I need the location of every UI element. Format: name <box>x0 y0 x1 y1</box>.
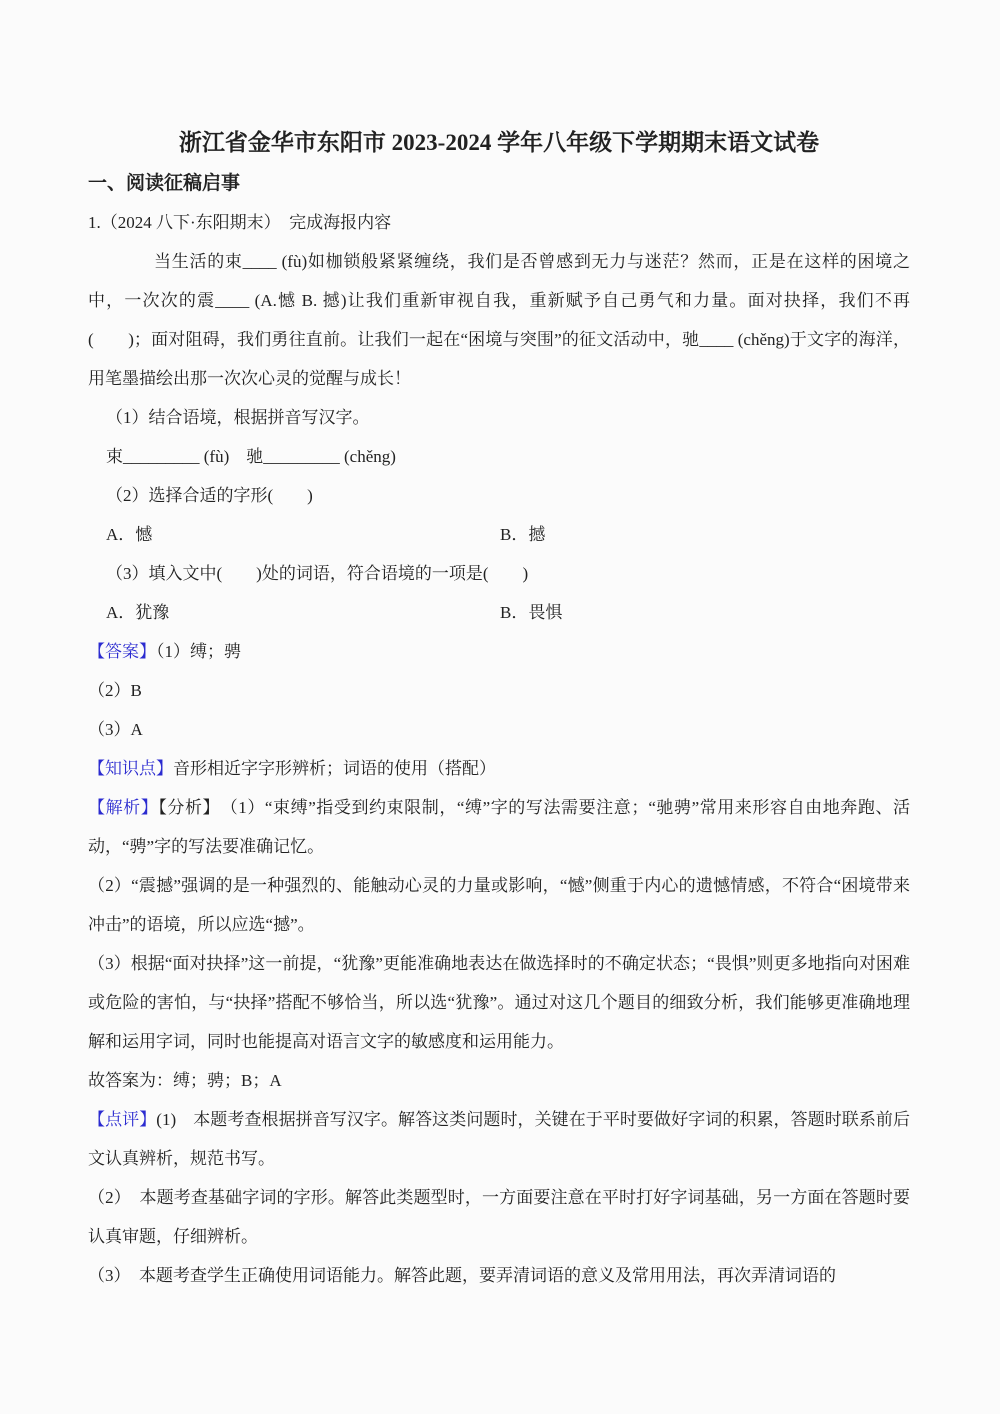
comment-label: 【点评】 <box>88 1110 156 1129</box>
comment-paragraph-2: （2） 本题考查基础字词的字形。解答此类题型时，一方面要注意在平时打好字词基础，… <box>88 1178 910 1256</box>
comment-paragraph-1-text: (1) 本题考查根据拼音写汉字。解答这类问题时，关键在于平时要做好字词的积累，答… <box>88 1110 910 1168</box>
knowledge-point-label: 【知识点】 <box>88 759 173 778</box>
option-a-q3: A．犹豫 <box>106 593 500 632</box>
analysis-conclusion: 故答案为：缚；骋；B；A <box>88 1061 910 1100</box>
options-row-q3: A．犹豫B．畏惧 <box>88 593 910 632</box>
analysis-sublabel: 【分析】 <box>158 798 211 817</box>
option-b-q2: B．撼 <box>500 525 545 544</box>
sub-question-2: （2）选择合适的字形( ) <box>88 476 910 515</box>
answer-line-3: （3）A <box>88 710 910 749</box>
options-row-q2: A．憾B．撼 <box>88 515 910 554</box>
sub-question-3: （3）填入文中( )处的词语，符合语境的一项是( ) <box>88 554 910 593</box>
knowledge-point-text: 音形相近字字形辨析；词语的使用（搭配） <box>173 759 496 778</box>
answer-line-1: 【答案】（1）缚；骋 <box>88 632 910 671</box>
answer-label: 【答案】 <box>88 642 156 661</box>
option-b-q3: B．畏惧 <box>500 603 562 622</box>
answer-line-1-text: （1）缚；骋 <box>156 642 241 661</box>
knowledge-point-line: 【知识点】音形相近字字形辨析；词语的使用（搭配） <box>88 749 910 788</box>
comment-paragraph-3: （3） 本题考查学生正确使用词语能力。解答此题，要弄清词语的意义及常用用法，再次… <box>88 1256 910 1295</box>
answer-line-2: （2）B <box>88 671 910 710</box>
exam-document-page: 浙江省金华市东阳市 2023-2024 学年八年级下学期期末语文试卷 一、阅读征… <box>0 0 1000 1414</box>
comment-paragraph-1: 【点评】(1) 本题考查根据拼音写汉字。解答这类问题时，关键在于平时要做好字词的… <box>88 1100 910 1178</box>
analysis-paragraph-2: （2）“震撼”强调的是一种强烈的、能触动心灵的力量或影响，“憾”侧重于内心的遗憾… <box>88 866 910 944</box>
analysis-paragraph-3: （3）根据“面对抉择”这一前提，“犹豫”更能准确地表达在做选择时的不确定状态；“… <box>88 944 910 1061</box>
page-title: 浙江省金华市东阳市 2023-2024 学年八年级下学期期末语文试卷 <box>88 122 910 164</box>
question-passage: 当生活的束____ (fù)如枷锁般紧紧缠绕，我们是否曾感到无力与迷茫？然而，正… <box>88 242 910 398</box>
analysis-paragraph-1-text: （1）“束缚”指受到约束限制，“缚”字的写法需要注意；“驰骋”常用来形容自由地奔… <box>88 798 910 856</box>
pinyin-fill-line: 束_________ (fù) 驰_________ (chěng) <box>88 437 910 476</box>
question-intro: 1.（2024 八下·东阳期末） 完成海报内容 <box>88 203 910 242</box>
option-a-q2: A．憾 <box>106 515 500 554</box>
section-heading: 一、阅读征稿启事 <box>88 164 910 203</box>
analysis-paragraph-1: 【解析】【分析】 （1）“束缚”指受到约束限制，“缚”字的写法需要注意；“驰骋”… <box>88 788 910 866</box>
analysis-label: 【解析】 <box>88 798 158 817</box>
sub-question-1: （1）结合语境，根据拼音写汉字。 <box>88 398 910 437</box>
